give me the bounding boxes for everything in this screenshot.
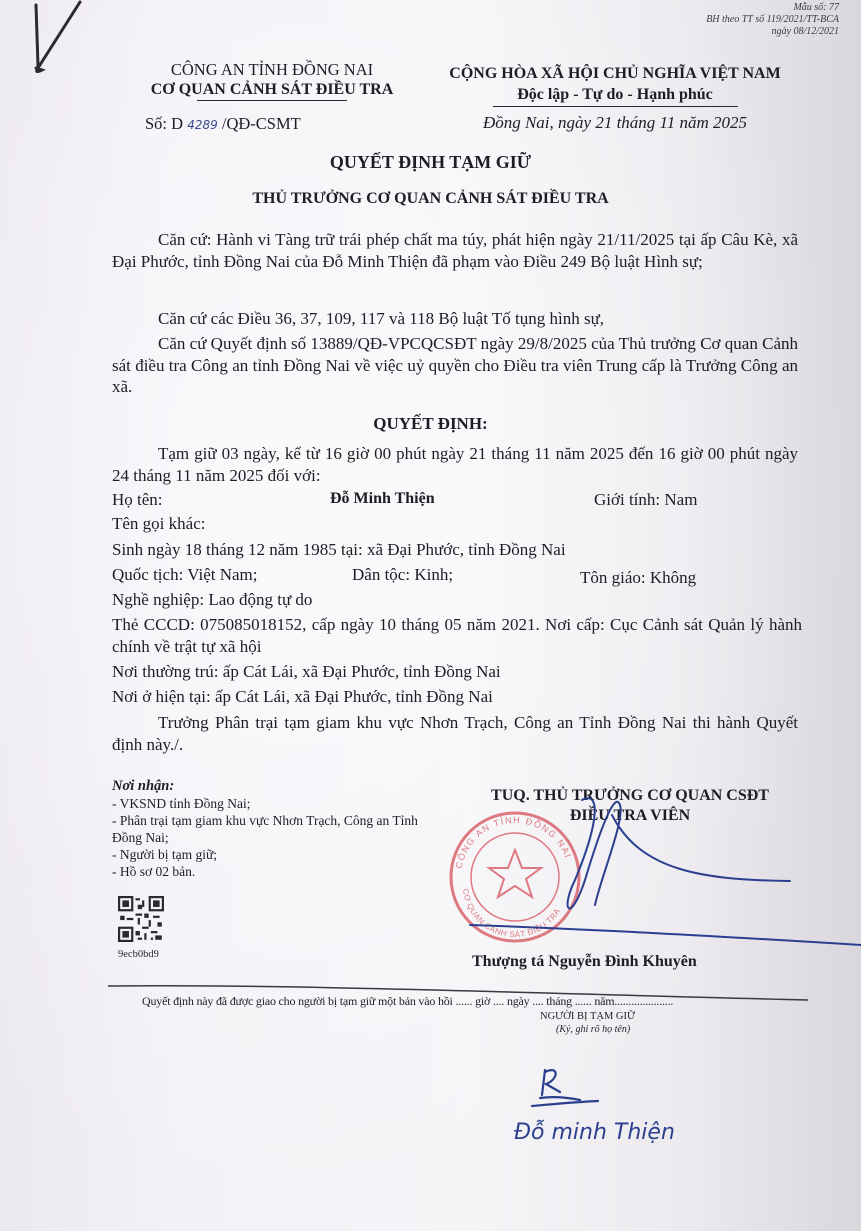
delivery-note: Quyết định này đã được giao cho người bị…	[142, 994, 673, 1009]
detainee-handwritten-name: Đỗ minh Thiện	[514, 1120, 675, 1145]
detainee-heading: NGƯỜI BỊ TẠM GIỮ	[540, 1011, 635, 1022]
signer-name: Thượng tá Nguyễn Đình Khuyên	[472, 953, 697, 971]
checkmark-icon	[36, 2, 80, 72]
ink-overlay: CÔNG AN TỈNH ĐỒNG NAI CƠ QUAN CẢNH SÁT Đ…	[0, 0, 861, 1231]
detainee-signature-icon	[532, 1070, 598, 1106]
detainee-sign-instruction: (Ký, ghi rõ họ tên)	[556, 1024, 630, 1035]
official-stamp-icon: CÔNG AN TỈNH ĐỒNG NAI CƠ QUAN CẢNH SÁT Đ…	[451, 813, 579, 941]
